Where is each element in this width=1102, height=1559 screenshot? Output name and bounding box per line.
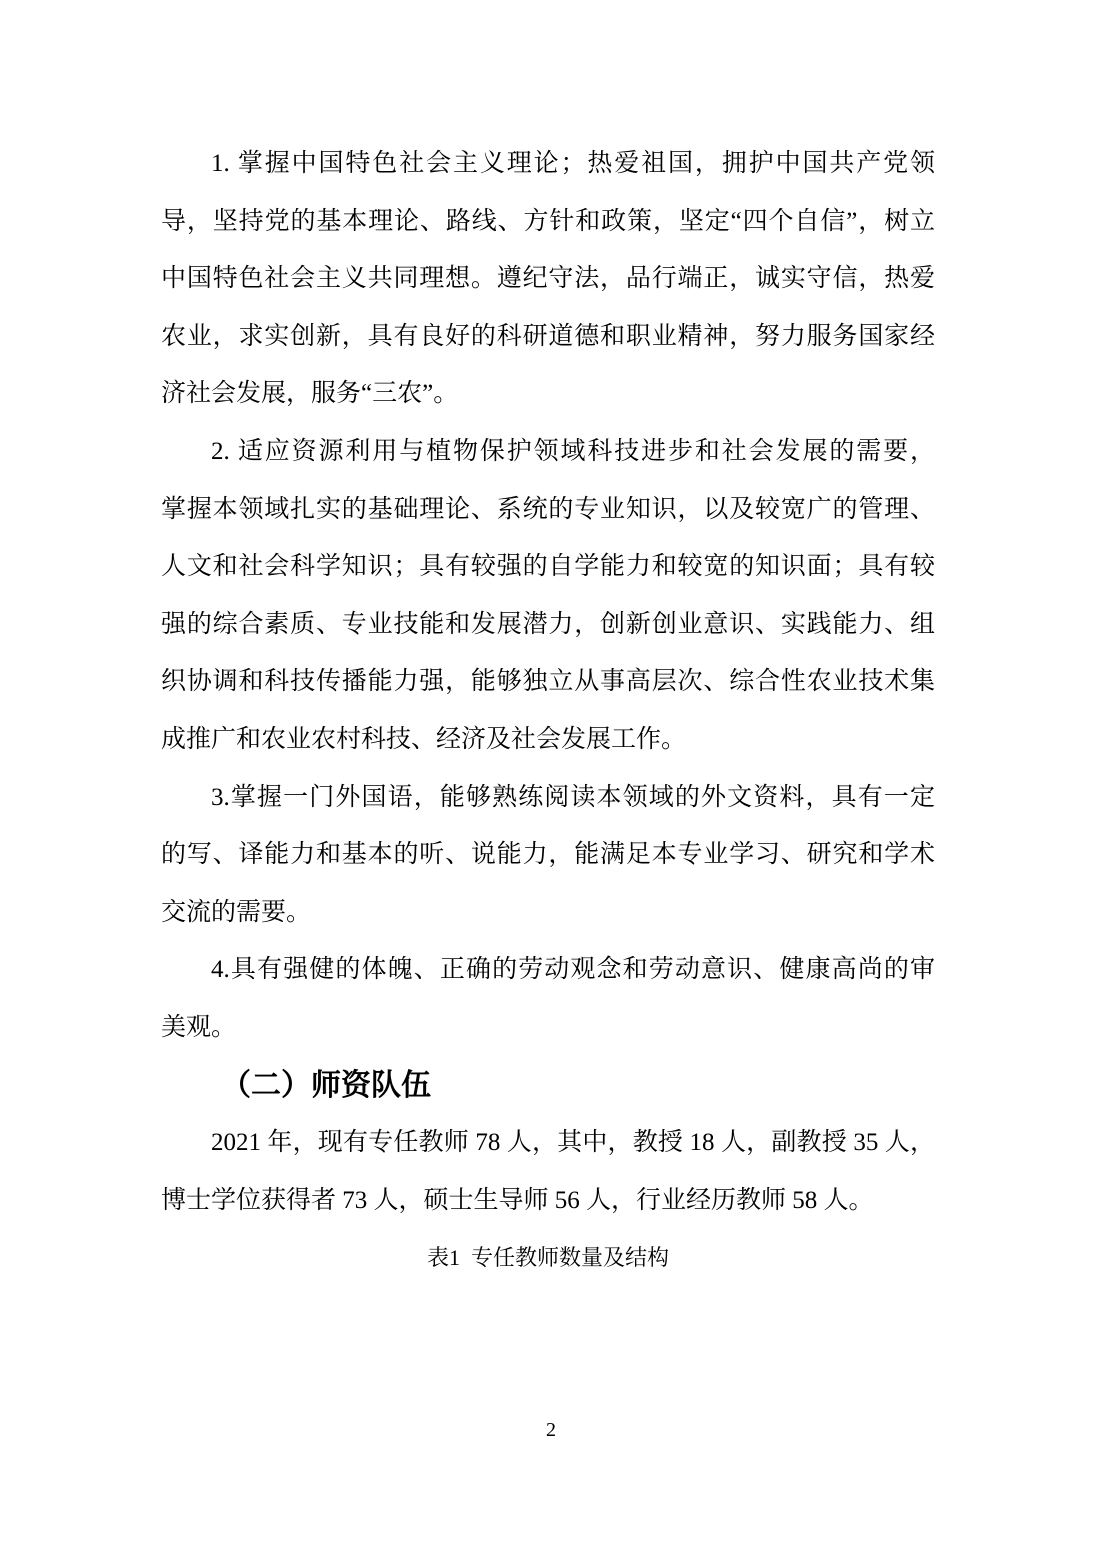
text-line: 中国特色社会主义共同理想。遵纪守法，品行端正，诚实守信，热爱 — [161, 250, 935, 308]
text-line: 1. 掌握中国特色社会主义理论；热爱祖国，拥护中国共产党领 — [161, 135, 935, 193]
text-line: 的写、译能力和基本的听、说能力，能满足本专业学习、研究和学术 — [161, 826, 935, 884]
text-line: 美观。 — [161, 999, 935, 1057]
text-line: 交流的需要。 — [161, 884, 935, 942]
paragraph-1: 1. 掌握中国特色社会主义理论；热爱祖国，拥护中国共产党领 导，坚持党的基本理论… — [161, 135, 935, 423]
text-line: 织协调和科技传播能力强，能够独立从事高层次、综合性农业技术集 — [161, 653, 935, 711]
text-line: 农业，求实创新，具有良好的科研道德和职业精神，努力服务国家经 — [161, 308, 935, 366]
text-line: 济社会发展，服务“三农”。 — [161, 365, 935, 423]
section-heading: （二）师资队伍 — [161, 1057, 935, 1115]
page-number: 2 — [0, 1416, 1102, 1444]
text-line: 人文和社会科学知识；具有较强的自学能力和较宽的知识面；具有较 — [161, 538, 935, 596]
text-line: 掌握本领域扎实的基础理论、系统的专业知识，以及较宽广的管理、 — [161, 481, 935, 539]
text-line: 2021 年，现有专任教师 78 人，其中，教授 18 人，副教授 35 人， — [161, 1114, 935, 1172]
paragraph-4: 4.具有强健的体魄、正确的劳动观念和劳动意识、健康高尚的审 美观。 — [161, 941, 935, 1056]
text-line: 强的综合素质、专业技能和发展潜力，创新创业意识、实践能力、组 — [161, 596, 935, 654]
paragraph-5: 2021 年，现有专任教师 78 人，其中，教授 18 人，副教授 35 人， … — [161, 1114, 935, 1229]
text-line: 成推广和农业农村科技、经济及社会发展工作。 — [161, 711, 935, 769]
paragraph-2: 2. 适应资源利用与植物保护领域科技进步和社会发展的需要， 掌握本领域扎实的基础… — [161, 423, 935, 769]
text-line: 4.具有强健的体魄、正确的劳动观念和劳动意识、健康高尚的审 — [161, 941, 935, 999]
document-page: 1. 掌握中国特色社会主义理论；热爱祖国，拥护中国共产党领 导，坚持党的基本理论… — [0, 0, 1102, 1559]
text-line: 3.掌握一门外国语，能够熟练阅读本领域的外文资料，具有一定 — [161, 769, 935, 827]
text-line: 导，坚持党的基本理论、路线、方针和政策，坚定“四个自信”，树立 — [161, 193, 935, 251]
table-caption: 表1 专任教师数量及结构 — [161, 1229, 935, 1287]
paragraph-3: 3.掌握一门外国语，能够熟练阅读本领域的外文资料，具有一定 的写、译能力和基本的… — [161, 769, 935, 942]
text-line: 2. 适应资源利用与植物保护领域科技进步和社会发展的需要， — [161, 423, 935, 481]
text-line: 博士学位获得者 73 人，硕士生导师 56 人，行业经历教师 58 人。 — [161, 1172, 935, 1230]
text-block: 1. 掌握中国特色社会主义理论；热爱祖国，拥护中国共产党领 导，坚持党的基本理论… — [161, 135, 935, 1287]
